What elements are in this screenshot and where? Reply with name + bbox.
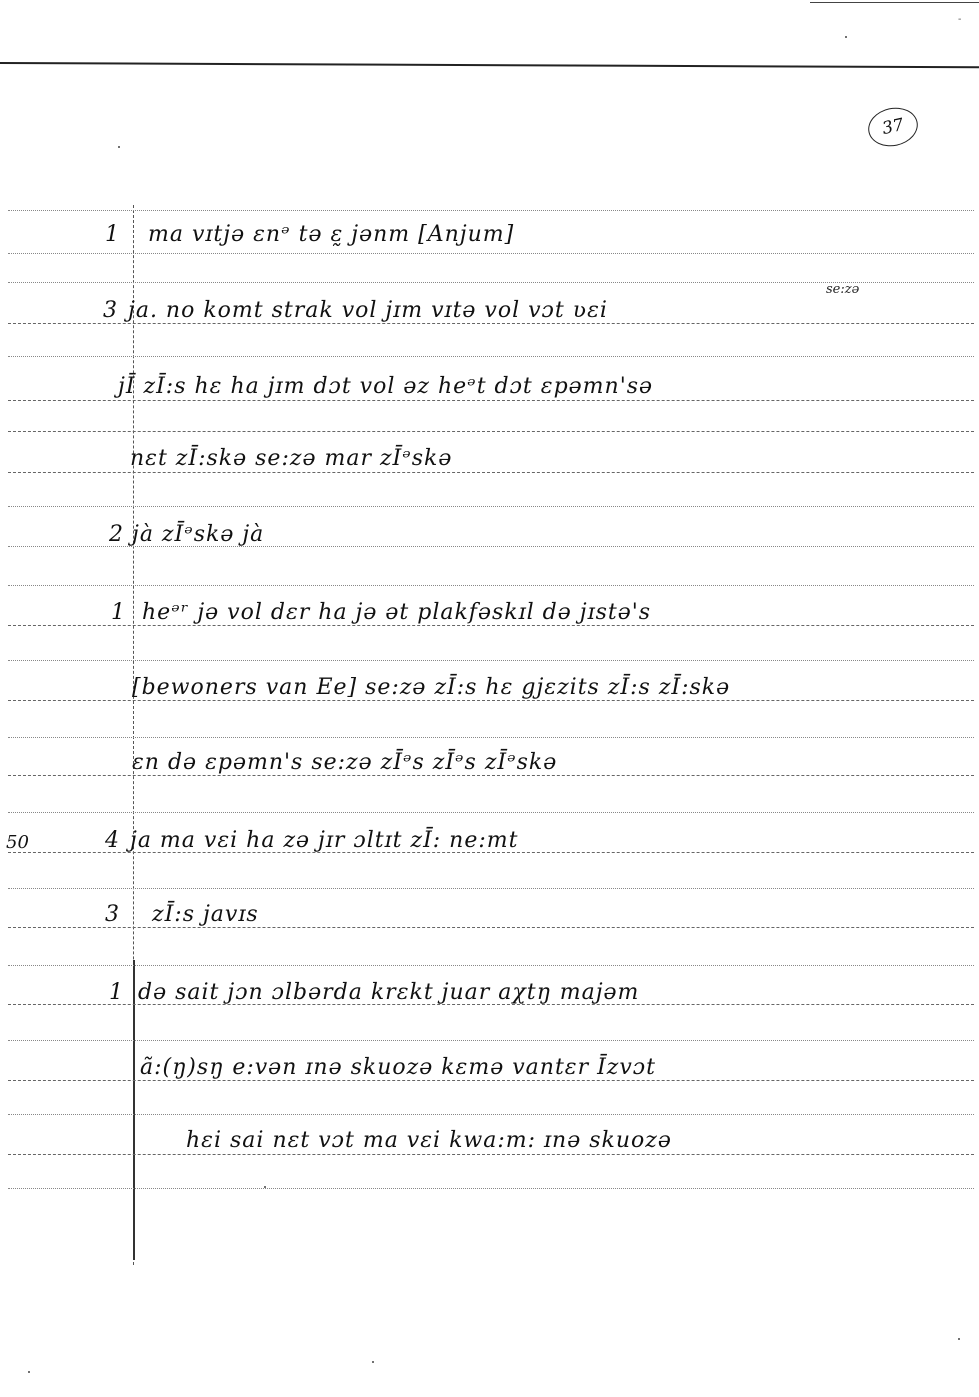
ruled-line bbox=[8, 1188, 974, 1189]
scan-speck bbox=[845, 36, 847, 38]
transcript-line: 2 jà zĪᵊskə jà bbox=[0, 522, 979, 562]
line-text: nɛt zĪ:skə se:zə mar zĪᵊskə bbox=[130, 446, 452, 471]
transcript-line: hɛi sai nɛt vɔt ma vɛi kwa:m: ɪnə skuozə bbox=[0, 1128, 979, 1168]
line-text: jĪ zĪ:s hɛ ha jɪm dɔt vol əz heᵊt dɔt ɛp… bbox=[118, 374, 653, 399]
ruled-line bbox=[8, 965, 974, 966]
transcript-line: 1 də sait jɔn ɔlbərda krɛkt juar aχtŋ ma… bbox=[0, 980, 979, 1020]
header-rule bbox=[0, 62, 979, 68]
top-corner-mark: ‐ bbox=[958, 14, 961, 25]
ruled-line bbox=[8, 585, 974, 586]
ruled-line bbox=[8, 506, 974, 507]
speaker-number: 1 bbox=[100, 222, 120, 247]
speaker-number: 1 bbox=[104, 980, 124, 1005]
scan-speck bbox=[264, 1186, 266, 1188]
speaker-number: 2 bbox=[104, 522, 124, 547]
transcript-line: 3 zĪ:s javɪs bbox=[0, 902, 979, 942]
line-text: ja. no komt strak vol jɪm vɪtə vol vɔt ʋ… bbox=[128, 298, 608, 323]
transcript-line: 1 ma vɪtjə ɛnᵊ tə ɛ̰ jənm [Anjum] bbox=[0, 222, 979, 262]
transcript-line: [bewoners van Ee] se:zə zĪ:s hɛ gjɛzits … bbox=[0, 675, 979, 715]
transcript-line: ã:(ŋ)sŋ e:vən ɪnə skuozə kɛmə vantɛr Īzv… bbox=[0, 1055, 979, 1095]
transcript-line: 4 ja ma vɛi ha zə jɪr ɔltɪt zĪ: ne:mt bbox=[0, 828, 979, 868]
line-text: ma vɪtjə ɛnᵊ tə ɛ̰ jənm [Anjum] bbox=[148, 222, 514, 247]
ruled-line bbox=[8, 888, 974, 889]
ruled-line bbox=[8, 1040, 974, 1041]
line-text: zĪ:s javɪs bbox=[152, 902, 259, 927]
ruled-line bbox=[8, 431, 974, 432]
line-text: ɛn də ɛpəmn's se:zə zĪᵊs zĪᵊs zĪᵊskə bbox=[132, 750, 557, 775]
ruled-line bbox=[8, 660, 974, 661]
page-number: 37 bbox=[865, 103, 922, 151]
scan-speck bbox=[372, 1361, 374, 1363]
line-text: hɛi sai nɛt vɔt ma vɛi kwa:m: ɪnə skuozə bbox=[186, 1128, 672, 1153]
transcript-line: jĪ zĪ:s hɛ ha jɪm dɔt vol əz heᵊt dɔt ɛp… bbox=[0, 374, 979, 414]
top-rule-right bbox=[810, 2, 979, 3]
transcript-line: nɛt zĪ:skə se:zə mar zĪᵊskə bbox=[0, 446, 979, 486]
line-text: [bewoners van Ee] se:zə zĪ:s hɛ gjɛzits … bbox=[132, 675, 730, 700]
speaker-number: 1 bbox=[106, 600, 126, 625]
ruled-line bbox=[8, 356, 974, 357]
interlinear-annotation: se:zə bbox=[826, 282, 859, 297]
ruled-line bbox=[8, 1114, 974, 1115]
line-text: də sait jɔn ɔlbərda krɛkt juar aχtŋ majə… bbox=[138, 980, 639, 1005]
ruled-line bbox=[8, 812, 974, 813]
transcript-line: 3 ja. no komt strak vol jɪm vɪtə vol vɔt… bbox=[0, 298, 979, 338]
line-text: ja ma vɛi ha zə jɪr ɔltɪt zĪ: ne:mt bbox=[130, 828, 518, 853]
scan-speck bbox=[118, 146, 120, 148]
scan-speck bbox=[28, 1371, 30, 1373]
speaker-number: 3 bbox=[100, 902, 120, 927]
transcript-line: 1 heᵊʳ jə vol dɛr ha jə ət plakfəskɪl də… bbox=[0, 600, 979, 640]
ruled-line bbox=[8, 210, 974, 211]
ruled-line bbox=[8, 737, 974, 738]
line-text: jà zĪᵊskə jà bbox=[132, 522, 264, 547]
scan-speck bbox=[958, 1338, 960, 1340]
line-text: heᵊʳ jə vol dɛr ha jə ət plakfəskɪl də j… bbox=[142, 600, 651, 625]
speaker-number: 4 bbox=[100, 828, 120, 853]
transcript-line: ɛn də ɛpəmn's se:zə zĪᵊs zĪᵊs zĪᵊskə bbox=[0, 750, 979, 790]
line-text: ã:(ŋ)sŋ e:vən ɪnə skuozə kɛmə vantɛr Īzv… bbox=[140, 1055, 656, 1080]
speaker-number: 3 bbox=[98, 298, 118, 323]
